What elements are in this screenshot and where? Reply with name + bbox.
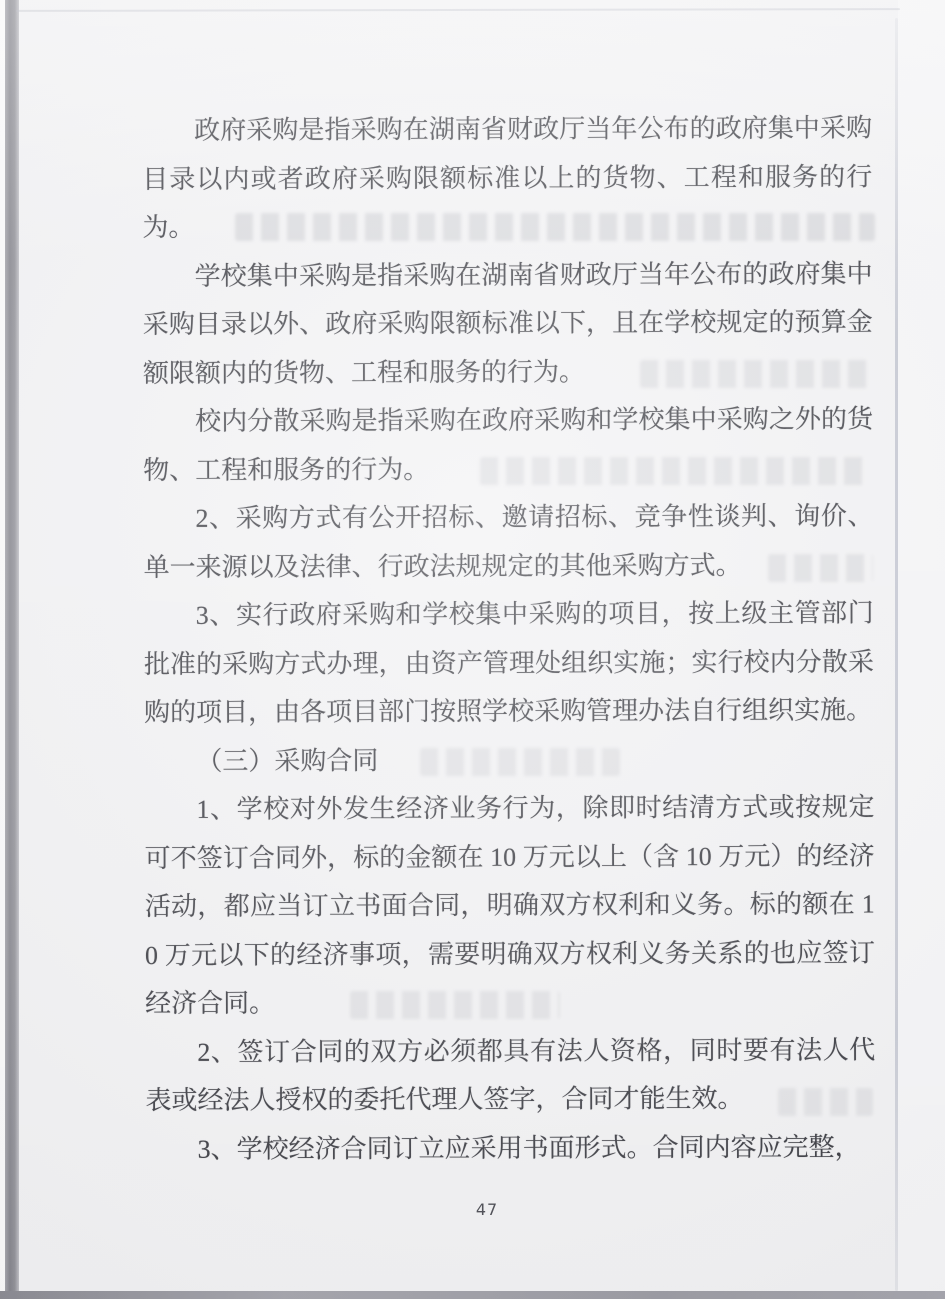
- paragraph-decentralized-def: 校内分散采购是指采购在政府采购和学校集中采购之外的货物、工程和服务的行为。: [143, 395, 873, 495]
- document-body: 政府采购是指采购在湖南省财政厅当年公布的政府集中采购目录以内或者政府采购限额标准…: [142, 104, 876, 1174]
- paragraph-procurement-methods: 2、采购方式有公开招标、邀请招标、竞争性谈判、询价、单一来源以及法律、行政法规规…: [143, 492, 873, 592]
- paragraph-contract-rule-2: 2、签订合同的双方必须都具有法人资格，同时要有法人代表或经法人授权的委托代理人签…: [145, 1026, 875, 1126]
- scanned-page: 政府采购是指采购在湖南省财政厅当年公布的政府集中采购目录以内或者政府采购限额标准…: [0, 0, 945, 1299]
- page-number: 47: [462, 1200, 512, 1219]
- scan-binding-edge: [5, 0, 19, 1299]
- paper-right-edge-area: [898, 0, 945, 1299]
- paragraph-contract-rule-3: 3、学校经济合同订立应采用书面形式。合同内容应完整，: [146, 1123, 876, 1174]
- paper-fold-line: [895, 18, 898, 1291]
- paragraph-gov-procurement-def: 政府采购是指采购在湖南省财政厅当年公布的政府集中采购目录以内或者政府采购限额标准…: [142, 104, 873, 252]
- scan-bottom-edge: [0, 1291, 945, 1299]
- section-heading-procurement-contract: （三）采购合同: [144, 735, 874, 786]
- paper-top-edge: [16, 8, 900, 12]
- paragraph-implementation: 3、实行政府采购和学校集中采购的项目，按上级主管部门批准的采购方式办理，由资产管…: [144, 589, 875, 737]
- paragraph-school-centralized-def: 学校集中采购是指采购在湖南省财政厅当年公布的政府集中采购目录以外、政府采购限额标…: [143, 250, 874, 398]
- paragraph-contract-rule-1: 1、学校对外发生经济业务行为，除即时结清方式或按规定可不签订合同外，标的金额在 …: [144, 783, 875, 1028]
